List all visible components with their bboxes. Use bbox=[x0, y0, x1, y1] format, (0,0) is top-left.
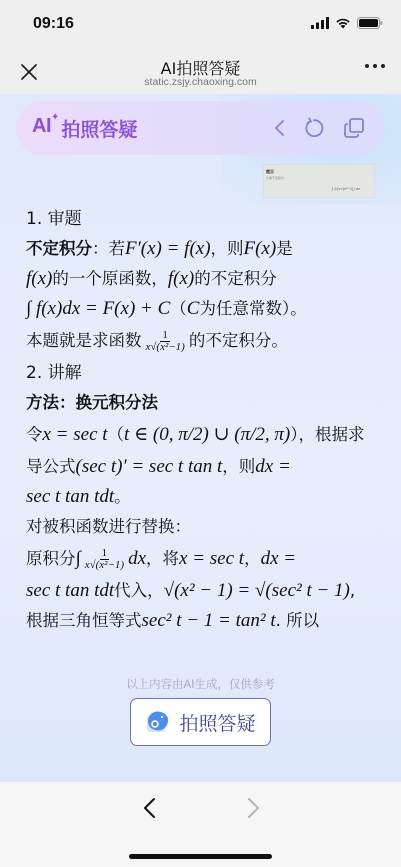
battery-icon bbox=[357, 17, 383, 29]
fraction-numerator: 1 bbox=[160, 330, 170, 342]
text: ，将 bbox=[146, 544, 179, 574]
text: 的一个原函数， bbox=[52, 264, 168, 294]
question-thumbnail[interactable]: 题目 计算不定积分: ∫ 1/(x√(x²−1)) dx bbox=[263, 164, 375, 198]
back-icon[interactable] bbox=[140, 796, 160, 820]
math: (sec t)′ = sec t tan t bbox=[76, 452, 223, 482]
answer-line: 导公式 (sec t)′ = sec t tan t ，则 dx = bbox=[26, 452, 386, 482]
math: dx bbox=[128, 544, 146, 574]
home-indicator[interactable] bbox=[129, 854, 272, 859]
cellular-signal-icon bbox=[311, 17, 329, 29]
text: 原积分 bbox=[26, 544, 76, 574]
ai-header: AI ✦ 拍照答疑 bbox=[16, 101, 385, 155]
sparkle-icon: ✦ bbox=[51, 112, 59, 123]
forward-icon[interactable] bbox=[243, 796, 263, 820]
ai-disclaimer: 以上内容由AI生成，仅供参考 bbox=[0, 676, 401, 692]
math: dx = bbox=[255, 452, 291, 482]
more-dot bbox=[381, 64, 385, 68]
text: 本题就是求函数 bbox=[26, 326, 142, 356]
math: f(x) bbox=[168, 264, 194, 294]
answer-line: f(x) 的一个原函数， f(x) 的不定积分 bbox=[26, 264, 386, 294]
answer-line: 本题就是求函数 1 x√(x²−1) 的不定积分。 bbox=[26, 324, 386, 358]
main-content: AI ✦ 拍照答疑 题目 计算不定积分: ∫ 1/(x√(x²−1)) dx 1… bbox=[0, 94, 401, 782]
text: ），根据求 bbox=[290, 420, 364, 450]
back-icon[interactable] bbox=[268, 116, 292, 140]
text: 的不定积分。 bbox=[189, 326, 288, 356]
page-url: static.zsjy.chaoxing.com bbox=[0, 76, 401, 88]
term-label: 不定积分 bbox=[26, 234, 92, 264]
math: F′(x) = f(x) bbox=[125, 234, 211, 264]
math: C bbox=[187, 294, 200, 324]
text: 。 bbox=[114, 482, 131, 512]
fraction: 1 x√(x²−1) bbox=[85, 548, 124, 571]
text: 的不定积分 bbox=[194, 264, 277, 294]
integral-sign: ∫ bbox=[76, 544, 81, 574]
browser-bottom-bar bbox=[0, 782, 401, 867]
refresh-icon[interactable] bbox=[302, 116, 326, 140]
text: 根据三角恒等式 bbox=[26, 606, 142, 636]
camera-icon bbox=[145, 710, 171, 734]
math: dx = bbox=[261, 544, 297, 574]
section-heading: 1. 审题 bbox=[26, 204, 386, 234]
more-dot bbox=[365, 64, 369, 68]
text: 为任意常数）。 bbox=[199, 294, 306, 324]
logo-title: 拍照答疑 bbox=[61, 115, 137, 142]
wifi-icon bbox=[335, 17, 351, 29]
text: 方法：换元积分法 bbox=[26, 388, 158, 418]
answer-line: 原积分 ∫ 1 x√(x²−1) dx ，将 x = sec t ， dx = bbox=[26, 542, 386, 576]
answer-line: 不定积分 ：若 F′(x) = f(x) ，则 F(x) 是 bbox=[26, 234, 386, 264]
math: t ∈ (0, π/2) ∪ (π/2, π) bbox=[124, 420, 290, 450]
math: f(x) bbox=[26, 264, 52, 294]
answer-line: ∫ f(x)dx = F(x) + C （ C 为任意常数）。 bbox=[26, 294, 386, 324]
text: , bbox=[350, 576, 355, 606]
answer-line: 根据三角恒等式 sec² t − 1 = tan² t . 所以 bbox=[26, 606, 386, 636]
fraction-denominator: x√(x²−1) bbox=[146, 342, 185, 353]
method-label: 方法：换元积分法 bbox=[26, 388, 386, 418]
math: sec t tan tdt bbox=[26, 482, 114, 512]
answer-body: 1. 审题 不定积分 ：若 F′(x) = f(x) ，则 F(x) 是 f(x… bbox=[26, 204, 386, 636]
thumb-title: 题目 bbox=[266, 169, 274, 175]
photo-question-button[interactable]: 拍照答疑 bbox=[130, 698, 271, 746]
text: 是 bbox=[276, 234, 293, 264]
thumb-subtitle: 计算不定积分: bbox=[266, 176, 285, 180]
answer-line: sec t tan tdt 。 bbox=[26, 482, 386, 512]
text: 令 bbox=[26, 420, 43, 450]
ai-logo: AI ✦ 拍照答疑 bbox=[32, 115, 137, 142]
answer-line: sec t tan tdt 代入， √(x² − 1) = √(sec² t −… bbox=[26, 576, 386, 606]
logo-ai-text: AI bbox=[32, 115, 51, 138]
text: . 所以 bbox=[276, 606, 320, 636]
copy-icon[interactable] bbox=[342, 116, 366, 140]
fraction-denominator: x√(x²−1) bbox=[85, 560, 124, 571]
text: ，则 bbox=[211, 234, 244, 264]
text: （ bbox=[108, 420, 125, 450]
math: x = sec t bbox=[43, 420, 108, 450]
math: sec² t − 1 = tan² t bbox=[142, 606, 276, 636]
math: √(x² − 1) = √(sec² t − 1) bbox=[164, 576, 350, 606]
answer-line: 令 x = sec t （ t ∈ (0, π/2) ∪ (π/2, π) ），… bbox=[26, 418, 386, 452]
text: （ bbox=[170, 294, 187, 324]
text: 代入， bbox=[114, 576, 164, 606]
section-heading: 2. 讲解 bbox=[26, 358, 386, 388]
fraction: 1 x√(x²−1) bbox=[146, 330, 185, 353]
text: 导公式 bbox=[26, 452, 76, 482]
status-bar: 09:16 bbox=[0, 0, 401, 50]
math: sec t tan tdt bbox=[26, 576, 114, 606]
status-icons bbox=[311, 17, 383, 29]
answer-line: 对被积函数进行替换： bbox=[26, 512, 386, 542]
text: ， bbox=[244, 544, 261, 574]
browser-nav-bar: AI拍照答疑 static.zsjy.chaoxing.com bbox=[0, 50, 401, 94]
text: ：若 bbox=[92, 234, 125, 264]
more-icon[interactable] bbox=[365, 64, 385, 68]
fraction-numerator: 1 bbox=[100, 548, 110, 560]
status-time: 09:16 bbox=[33, 15, 74, 33]
text: ，则 bbox=[222, 452, 255, 482]
math: x = sec t bbox=[179, 544, 244, 574]
photo-button-label: 拍照答疑 bbox=[179, 709, 255, 736]
thumb-formula: ∫ 1/(x√(x²−1)) dx bbox=[332, 186, 360, 191]
math: F(x) bbox=[244, 234, 277, 264]
math: ∫ f(x)dx = F(x) + C bbox=[26, 294, 170, 324]
more-dot bbox=[373, 64, 377, 68]
